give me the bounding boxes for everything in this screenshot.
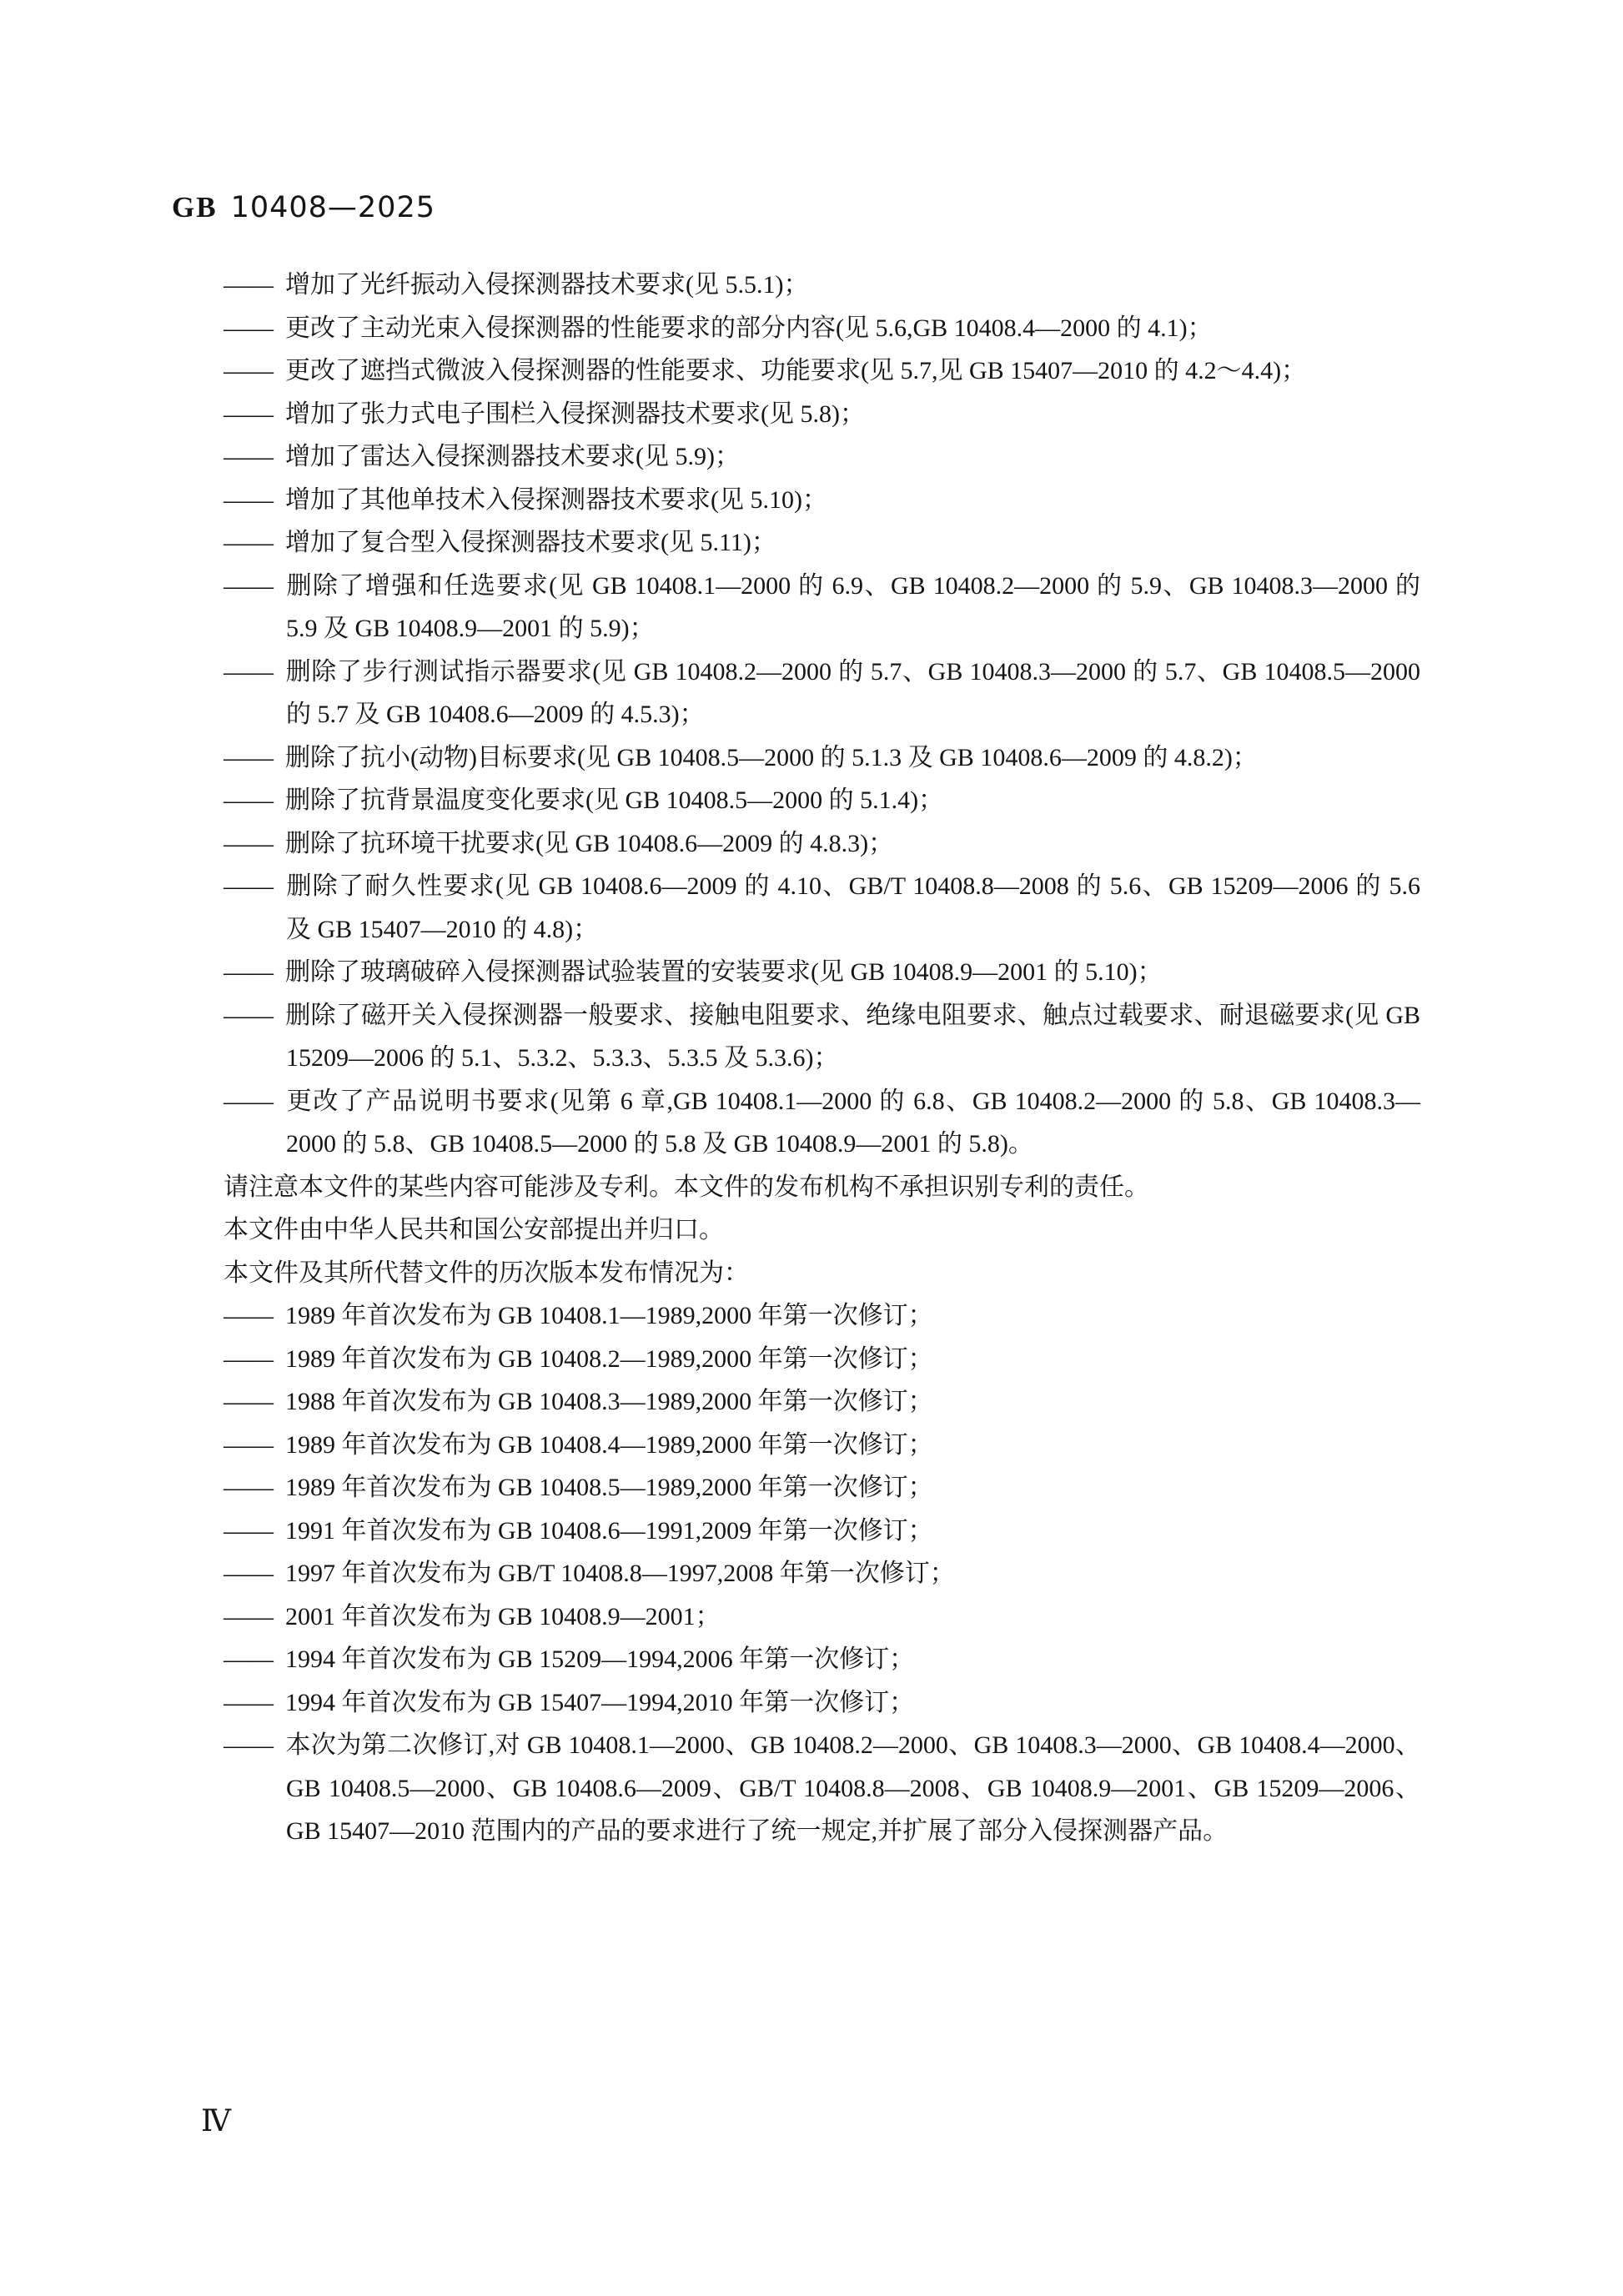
foreword-list-item: ——1994 年首次发布为 GB 15407—1994,2010 年第一次修订； xyxy=(224,1681,1420,1725)
list-item-text: 删除了耐久性要求(见 GB 10408.6—2009 的 4.10、GB/T 1… xyxy=(285,872,1420,943)
foreword-list-item: ——删除了玻璃破碎入侵探测器试验装置的安装要求(见 GB 10408.9—200… xyxy=(224,951,1420,994)
list-item-text: 1989 年首次发布为 GB 10408.5—1989,2000 年第一次修订； xyxy=(285,1474,933,1501)
list-item-text: 1989 年首次发布为 GB 10408.4—1989,2000 年第一次修订； xyxy=(285,1431,933,1459)
list-item-text: 删除了玻璃破碎入侵探测器试验装置的安装要求(见 GB 10408.9—2001 … xyxy=(285,958,1163,986)
list-item-text: 删除了磁开关入侵探测器一般要求、接触电阻要求、绝缘电阻要求、触点过载要求、耐退磁… xyxy=(285,1002,1420,1073)
list-item-text: 删除了抗小(动物)目标要求(见 GB 10408.5—2000 的 5.1.3 … xyxy=(285,744,1258,771)
foreword-list-item: ——1989 年首次发布为 GB 10408.2—1989,2000 年第一次修… xyxy=(224,1338,1420,1381)
list-item-text: 更改了遮挡式微波入侵探测器的性能要求、功能要求(见 5.7,见 GB 15407… xyxy=(285,357,1306,384)
foreword-paragraph: 本文件由中华人民共和国公安部提出并归口。 xyxy=(224,1208,1420,1252)
list-item-dash: —— xyxy=(224,1302,274,1329)
list-item-text: 1989 年首次发布为 GB 10408.2—1989,2000 年第一次修订； xyxy=(285,1345,933,1373)
foreword-list-item: ——1991 年首次发布为 GB 10408.6—1991,2009 年第一次修… xyxy=(224,1510,1420,1553)
foreword-list-item: ——1989 年首次发布为 GB 10408.4—1989,2000 年第一次修… xyxy=(224,1424,1420,1467)
foreword-list-item: ——删除了耐久性要求(见 GB 10408.6—2009 的 4.10、GB/T… xyxy=(224,865,1420,951)
foreword-list-item: ——1997 年首次发布为 GB/T 10408.8—1997,2008 年第一… xyxy=(224,1552,1420,1595)
foreword-list-item: ——增加了光纤振动入侵探测器技术要求(见 5.5.1)； xyxy=(224,264,1420,307)
list-item-dash: —— xyxy=(224,1517,274,1545)
list-item-text: 2001 年首次发布为 GB 10408.9—2001； xyxy=(285,1603,721,1630)
foreword-list-item: ——2001 年首次发布为 GB 10408.9—2001； xyxy=(224,1595,1420,1639)
list-item-text: 增加了张力式电子围栏入侵探测器技术要求(见 5.8)； xyxy=(285,400,865,428)
list-item-dash: —— xyxy=(224,400,274,428)
foreword-list-item: ——删除了抗环境干扰要求(见 GB 10408.6—2009 的 4.8.3)； xyxy=(224,822,1420,866)
foreword-list-item: ——本次为第二次修订,对 GB 10408.1—2000、GB 10408.2—… xyxy=(224,1724,1420,1853)
list-item-dash: —— xyxy=(224,1603,274,1630)
list-item-dash: —— xyxy=(224,658,274,686)
list-item-dash: —— xyxy=(224,1431,274,1459)
list-item-text: 增加了其他单技术入侵探测器技术要求(见 5.10)； xyxy=(285,486,827,514)
list-item-dash: —— xyxy=(224,1002,274,1029)
list-item-dash: —— xyxy=(224,744,274,771)
foreword-list-item: ——删除了增强和任选要求(见 GB 10408.1—2000 的 6.9、GB … xyxy=(224,565,1420,651)
page-header: GB10408—2025 xyxy=(172,192,435,224)
list-item-text: 更改了产品说明书要求(见第 6 章,GB 10408.1—2000 的 6.8、… xyxy=(285,1088,1420,1158)
list-item-dash: —— xyxy=(224,357,274,384)
foreword-list-item: ——增加了其他单技术入侵探测器技术要求(见 5.10)； xyxy=(224,479,1420,522)
foreword-list-item: ——更改了遮挡式微波入侵探测器的性能要求、功能要求(见 5.7,见 GB 154… xyxy=(224,349,1420,393)
foreword-list-item: ——1988 年首次发布为 GB 10408.3—1989,2000 年第一次修… xyxy=(224,1380,1420,1424)
foreword-list-item: ——增加了雷达入侵探测器技术要求(见 5.9)； xyxy=(224,435,1420,479)
list-item-dash: —— xyxy=(224,529,274,556)
foreword-list-item: ——1994 年首次发布为 GB 15209—1994,2006 年第一次修订； xyxy=(224,1638,1420,1681)
list-item-text: 增加了复合型入侵探测器技术要求(见 5.11)； xyxy=(285,529,776,556)
list-item-text: 1994 年首次发布为 GB 15407—1994,2010 年第一次修订； xyxy=(285,1689,914,1716)
foreword-list-item: ——更改了主动光束入侵探测器的性能要求的部分内容(见 5.6,GB 10408.… xyxy=(224,307,1420,350)
list-item-dash: —— xyxy=(224,1388,274,1415)
list-item-dash: —— xyxy=(224,958,274,986)
list-item-dash: —— xyxy=(224,443,274,470)
list-item-dash: —— xyxy=(224,486,274,514)
list-item-text: 删除了增强和任选要求(见 GB 10408.1—2000 的 6.9、GB 10… xyxy=(285,572,1420,643)
document-page: GB10408—2025 ——增加了光纤振动入侵探测器技术要求(见 5.5.1)… xyxy=(0,0,1623,2296)
foreword-list-item: ——删除了磁开关入侵探测器一般要求、接触电阻要求、绝缘电阻要求、触点过载要求、耐… xyxy=(224,994,1420,1080)
list-item-text: 1988 年首次发布为 GB 10408.3—1989,2000 年第一次修订； xyxy=(285,1388,933,1415)
foreword-list-item: ——1989 年首次发布为 GB 10408.5—1989,2000 年第一次修… xyxy=(224,1466,1420,1510)
foreword-list-item: ——1989 年首次发布为 GB 10408.1—1989,2000 年第一次修… xyxy=(224,1294,1420,1338)
foreword-list-item: ——删除了抗背景温度变化要求(见 GB 10408.5—2000 的 5.1.4… xyxy=(224,779,1420,822)
list-item-text: 增加了雷达入侵探测器技术要求(见 5.9)； xyxy=(285,443,740,470)
list-item-dash: —— xyxy=(224,1474,274,1501)
foreword-list-item: ——更改了产品说明书要求(见第 6 章,GB 10408.1—2000 的 6.… xyxy=(224,1080,1420,1166)
list-item-dash: —— xyxy=(224,786,274,814)
list-item-dash: —— xyxy=(224,1731,274,1759)
list-item-dash: —— xyxy=(224,1088,274,1115)
list-item-text: 删除了步行测试指示器要求(见 GB 10408.2—2000 的 5.7、GB … xyxy=(285,658,1420,729)
list-item-text: 本次为第二次修订,对 GB 10408.1—2000、GB 10408.2—20… xyxy=(285,1731,1420,1845)
foreword-list-item: ——删除了步行测试指示器要求(见 GB 10408.2—2000 的 5.7、G… xyxy=(224,651,1420,736)
list-item-dash: —— xyxy=(224,830,274,857)
list-item-dash: —— xyxy=(224,271,274,299)
list-item-dash: —— xyxy=(224,572,274,600)
list-item-text: 更改了主动光束入侵探测器的性能要求的部分内容(见 5.6,GB 10408.4—… xyxy=(285,314,1213,342)
list-item-dash: —— xyxy=(224,1560,274,1587)
standard-code-number: 10408—2025 xyxy=(231,191,435,224)
list-item-dash: —— xyxy=(224,1645,274,1673)
list-item-text: 1994 年首次发布为 GB 15209—1994,2006 年第一次修订； xyxy=(285,1645,914,1673)
page-number: Ⅳ xyxy=(201,2105,231,2138)
list-item-dash: —— xyxy=(224,872,274,900)
foreword-paragraph: 请注意本文件的某些内容可能涉及专利。本文件的发布机构不承担识别专利的责任。 xyxy=(224,1166,1420,1209)
list-item-dash: —— xyxy=(224,1345,274,1373)
list-item-text: 删除了抗环境干扰要求(见 GB 10408.6—2009 的 4.8.3)； xyxy=(285,830,893,857)
list-item-text: 1997 年首次发布为 GB/T 10408.8—1997,2008 年第一次修… xyxy=(285,1560,955,1587)
foreword-content: ——增加了光纤振动入侵探测器技术要求(见 5.5.1)；——更改了主动光束入侵探… xyxy=(224,264,1420,1853)
foreword-paragraph: 本文件及其所代替文件的历次版本发布情况为： xyxy=(224,1252,1420,1295)
foreword-list-item: ——增加了复合型入侵探测器技术要求(见 5.11)； xyxy=(224,521,1420,565)
list-item-text: 1991 年首次发布为 GB 10408.6—1991,2009 年第一次修订； xyxy=(285,1517,933,1545)
list-item-text: 删除了抗背景温度变化要求(见 GB 10408.5—2000 的 5.1.4)； xyxy=(285,786,943,814)
list-item-text: 增加了光纤振动入侵探测器技术要求(见 5.5.1)； xyxy=(285,271,808,299)
standard-code-prefix: GB xyxy=(172,191,218,224)
foreword-list-item: ——删除了抗小(动物)目标要求(见 GB 10408.5—2000 的 5.1.… xyxy=(224,736,1420,780)
list-item-dash: —— xyxy=(224,1689,274,1716)
list-item-text: 1989 年首次发布为 GB 10408.1—1989,2000 年第一次修订； xyxy=(285,1302,933,1329)
list-item-dash: —— xyxy=(224,314,274,342)
foreword-list-item: ——增加了张力式电子围栏入侵探测器技术要求(见 5.8)； xyxy=(224,393,1420,436)
